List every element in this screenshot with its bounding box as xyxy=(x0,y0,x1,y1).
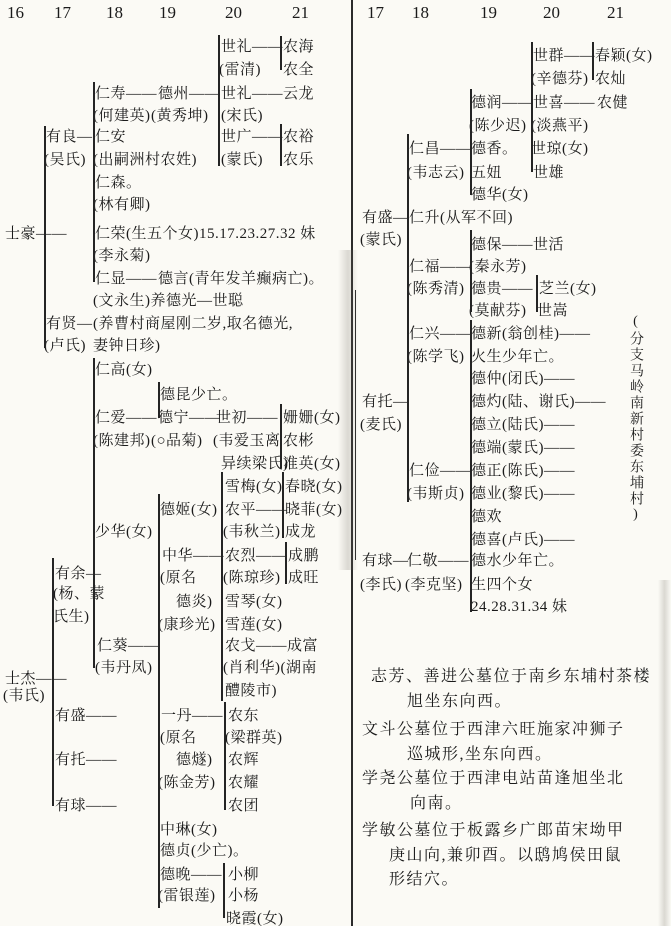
tree-node: (李氏) xyxy=(360,577,402,594)
tree-node: 仁森。 xyxy=(95,175,142,192)
tomb-note-line: 旭坐东向西。 xyxy=(407,693,512,710)
tree-node: (卢氏) xyxy=(44,338,86,355)
tree-node: 世琼(女) xyxy=(531,141,589,158)
tree-node: 德晚—— xyxy=(160,867,222,884)
tree-node: 德香。 xyxy=(471,141,518,158)
tree-node: 春颖(女) xyxy=(595,48,653,65)
tree-node: 德喜(卢氏)—— xyxy=(471,532,575,549)
tree-node: 世初—— xyxy=(216,410,278,427)
tree-node: 仁福—— xyxy=(409,259,471,276)
tree-node: 仁敬—— xyxy=(407,553,469,570)
tree-node: 仁安 xyxy=(95,129,126,146)
tree-node: 德仲(闭氏)—— xyxy=(471,371,575,388)
tree-node: (吴氏) xyxy=(44,152,86,169)
tree-node: 仁高(女) xyxy=(95,362,153,379)
tree-node: 有球—— xyxy=(55,798,117,815)
tree-node: (辛德芬) xyxy=(531,71,589,88)
generation-header-right: 21 xyxy=(607,4,624,21)
tree-node: 德润—— xyxy=(471,95,533,112)
tree-node: (何建英) xyxy=(93,108,151,125)
connector-vline xyxy=(93,358,95,668)
tree-node: (陈建邦) xyxy=(93,433,151,450)
tree-node: 德灼(陆、谢氏)—— xyxy=(471,394,606,411)
tree-node: 农平—— xyxy=(225,502,287,519)
tree-node: 仁兴—— xyxy=(409,326,471,343)
connector-vline xyxy=(158,494,160,908)
tree-node: (秦永芳) xyxy=(469,259,527,276)
connector-vline xyxy=(407,134,409,502)
tree-node: (蒙氏) xyxy=(221,152,263,169)
page-divider xyxy=(351,0,353,926)
tree-node: 醴陵市) xyxy=(225,683,277,700)
generation-header-right: 19 xyxy=(480,4,497,21)
tree-node: (陈少迟) xyxy=(469,118,527,135)
connector-vline xyxy=(470,89,472,195)
connector-vline xyxy=(285,542,287,584)
tree-node: 成旺 xyxy=(288,570,319,587)
tree-node: (宋氏) xyxy=(221,108,263,125)
connector-vline xyxy=(282,472,284,538)
tree-node: 仁荣(生五个女)15.17.23.27.32 妹 xyxy=(95,226,316,243)
connector-vline xyxy=(531,42,533,172)
tree-node: (莫献芬) xyxy=(469,303,527,320)
tree-node: 少华(女) xyxy=(95,524,153,541)
tree-node: 仁显—— xyxy=(95,271,157,288)
tree-node: 中华—— xyxy=(162,548,224,565)
tree-node: 雪莲(女) xyxy=(225,617,283,634)
tree-node: 有贤— xyxy=(46,316,93,333)
tree-node: 德业(黎氏)—— xyxy=(471,486,575,503)
tree-node: 农彬 xyxy=(283,433,314,450)
tomb-note-line: 志芳、善进公墓位于南乡东埔村茶楼 xyxy=(371,668,651,685)
connector-vline xyxy=(93,82,95,282)
tree-node: 农乐 xyxy=(283,152,314,169)
tree-node: 仁升(从军不回) xyxy=(409,210,513,227)
tree-node: (出嗣洲村农姓) xyxy=(93,152,197,169)
tree-node: 一丹—— xyxy=(161,708,223,725)
tree-node: 德立(陆氏)—— xyxy=(471,417,575,434)
tree-node: (梁群英) xyxy=(225,730,283,747)
tree-node: 德保—— xyxy=(471,237,533,254)
tree-node: 农灿 xyxy=(595,71,626,88)
tree-node: 农耀 xyxy=(228,775,259,792)
tree-node: 德燧) xyxy=(176,752,213,769)
tree-node: (陈金芳) xyxy=(158,775,216,792)
tree-node: (韦爱玉离 xyxy=(213,433,281,450)
tree-node: (原名 xyxy=(160,570,197,587)
connector-vline xyxy=(470,320,472,612)
tree-node: 德贵—— xyxy=(471,281,533,298)
tree-node: (○品菊) xyxy=(151,433,203,450)
tree-node: (韦丹凤) xyxy=(95,660,153,677)
tree-node: 士豪—— xyxy=(5,226,67,243)
tree-node: 农东 xyxy=(228,708,259,725)
tree-node: (肖利华)(湖南 xyxy=(223,660,317,677)
tree-node: 仁葵—— xyxy=(97,638,159,655)
tree-node: (淡燕平) xyxy=(531,118,589,135)
tree-node: 农裕 xyxy=(283,129,314,146)
tree-node: (陈学飞) xyxy=(407,349,465,366)
tree-node: (李克坚) xyxy=(405,577,463,594)
tomb-note-line: 形结穴。 xyxy=(389,871,459,888)
tree-node: 农团 xyxy=(228,798,259,815)
generation-header-right: 20 xyxy=(543,4,560,21)
tree-node: 德新(翁创桂)—— xyxy=(471,326,591,343)
tree-node: (陈琼珍) xyxy=(223,570,281,587)
tree-node: (康珍光) xyxy=(158,617,216,634)
tree-node: 德正(陈氏)—— xyxy=(471,463,575,480)
tree-node: 有良— xyxy=(46,129,93,146)
tree-node: 世群—— xyxy=(533,48,595,65)
tree-node: 生四个女 xyxy=(471,577,533,594)
tree-node: 德州—— xyxy=(158,86,220,103)
connector-vline xyxy=(280,124,282,166)
tree-node: (麦氏) xyxy=(360,417,402,434)
tree-node: 晓菲(女) xyxy=(285,502,343,519)
tree-node: (蒙氏) xyxy=(360,232,402,249)
tree-node: 妻钟日珍) xyxy=(93,338,161,355)
tree-node: (韦氏) xyxy=(3,688,45,705)
tree-node: 有余— xyxy=(55,566,102,583)
tree-node: (原名 xyxy=(160,730,197,747)
tree-node: 准英(女) xyxy=(283,456,341,473)
tree-node: (韦志云) xyxy=(407,165,465,182)
tree-node: (养曹村商屋刚二岁,取名德光, xyxy=(93,316,293,333)
tree-node: 24.28.31.34 妹 xyxy=(471,599,568,616)
tree-node: (文永生)养德光—世聪 xyxy=(93,293,244,310)
tree-node: 仁俭—— xyxy=(409,463,471,480)
connector-vline xyxy=(221,472,223,701)
tree-node: 农烈—— xyxy=(225,548,287,565)
tree-node: 德宁—— xyxy=(158,410,220,427)
tree-node: 农辉 xyxy=(228,752,259,769)
tomb-note-line: 庚山向,兼卯酉。以鸱鸠侯田鼠 xyxy=(389,847,622,864)
tree-node: 世雄 xyxy=(533,165,564,182)
tree-node: 中琳(女) xyxy=(160,822,218,839)
tree-node: 德端(蒙氏)—— xyxy=(471,440,575,457)
tree-node: 德昆少亡。 xyxy=(160,387,238,404)
tree-node: 德贞(少亡)。 xyxy=(160,843,249,860)
tree-node: 仁爱—— xyxy=(95,410,157,427)
tree-node: 小杨 xyxy=(228,888,259,905)
tree-node: 小柳 xyxy=(228,867,259,884)
connector-vline xyxy=(158,382,160,418)
tree-node: 五妞 xyxy=(471,165,502,182)
tree-node: 仁昌—— xyxy=(409,141,471,158)
connector-vline xyxy=(470,230,472,312)
tree-node: 士杰—— xyxy=(5,671,67,688)
tomb-note-line: 学尧公墓位于西津电站苗逢旭坐北 xyxy=(362,770,625,787)
connector-vline xyxy=(280,36,282,70)
connector-vline xyxy=(592,42,594,80)
tree-node: 成龙 xyxy=(285,524,316,541)
tree-node: 农健 xyxy=(597,95,628,112)
tree-node: 氏生) xyxy=(53,609,90,626)
tree-node: 雪琴(女) xyxy=(225,594,283,611)
tree-node: 成鹏 xyxy=(288,548,319,565)
tomb-note-line: 巡城形,坐东向西。 xyxy=(407,746,553,763)
tree-node: 姗姗(女) xyxy=(283,410,341,427)
tree-node: 世礼—— xyxy=(221,39,283,56)
tree-node: 农海 xyxy=(283,39,314,56)
tree-node: 德华(女) xyxy=(471,187,529,204)
tree-node: (林有卿) xyxy=(93,197,151,214)
connector-vline xyxy=(224,702,226,810)
tree-node: 农全 xyxy=(283,62,314,79)
tree-node: 有盛— xyxy=(362,210,409,227)
generation-header-right: 18 xyxy=(412,4,429,21)
tomb-note-line: 文斗公墓位于西津六旺施家冲狮子 xyxy=(362,721,625,738)
tree-node: 晓霞(女) xyxy=(226,911,284,926)
tree-node: 世活 xyxy=(533,237,564,254)
tree-node: 世嵩 xyxy=(537,303,568,320)
connector-vline xyxy=(280,404,282,468)
generation-header-left: 17 xyxy=(54,4,71,21)
tree-node: 德姬(女) xyxy=(160,502,218,519)
tomb-note-line: 向南。 xyxy=(410,795,463,812)
connector-vline xyxy=(52,558,54,806)
tree-node: 有球— xyxy=(362,553,409,570)
tree-node: 春晓(女) xyxy=(285,479,343,496)
tomb-note-line: 学敏公墓位于板露乡广郎苗宋坳甲 xyxy=(362,822,625,839)
tree-node: 德言(青年发羊癫病亡)。 xyxy=(158,271,324,288)
tree-node: (黄秀坤) xyxy=(151,108,209,125)
tree-node: 世喜—— xyxy=(533,95,595,112)
tree-node: 德欢 xyxy=(471,509,502,526)
tree-node: 有托—— xyxy=(55,752,117,769)
genealogy-scan-page: (分支马岭南新村委东埔村) 1617181920211718192021世礼——… xyxy=(0,0,671,926)
tree-node: 德炎) xyxy=(176,594,213,611)
tree-node: (李永菊) xyxy=(93,248,151,265)
tree-node: (韦秋兰) xyxy=(223,524,281,541)
tree-node: 芝兰(女) xyxy=(539,281,597,298)
tree-node: 仁寿—— xyxy=(95,86,157,103)
tree-node: (陈秀清) xyxy=(407,281,465,298)
connector-vline xyxy=(218,35,220,166)
tree-node: 火生少年亡。 xyxy=(471,349,564,366)
tree-node: (韦斯贞) xyxy=(407,486,465,503)
tree-node: 有托— xyxy=(362,394,409,411)
tree-node: 雪梅(女) xyxy=(225,479,283,496)
tree-node: 异续梁氏) xyxy=(221,456,289,473)
generation-header-left: 18 xyxy=(106,4,123,21)
page-divider xyxy=(355,290,356,560)
tree-node: 农戈——成富 xyxy=(225,638,318,655)
scan-smudge xyxy=(658,580,671,926)
generation-header-left: 19 xyxy=(159,4,176,21)
connector-vline xyxy=(223,863,225,918)
connector-vline xyxy=(536,275,538,312)
tree-node: 有盛—— xyxy=(55,708,117,725)
connector-vline xyxy=(44,126,46,348)
tree-node: (杨、蒙 xyxy=(53,586,105,603)
generation-header-left: 16 xyxy=(7,4,24,21)
tree-node: 世广—— xyxy=(221,129,283,146)
tree-node: 德水少年亡。 xyxy=(471,553,564,570)
generation-header-left: 21 xyxy=(292,4,309,21)
generation-header-right: 17 xyxy=(367,4,384,21)
tree-node: (雷清) xyxy=(219,62,261,79)
branch-note-vertical: (分支马岭南新村委东埔村) xyxy=(627,314,643,519)
tree-node: 世礼——云龙 xyxy=(221,86,314,103)
tree-node: (雷银莲) xyxy=(158,888,216,905)
generation-header-left: 20 xyxy=(225,4,242,21)
